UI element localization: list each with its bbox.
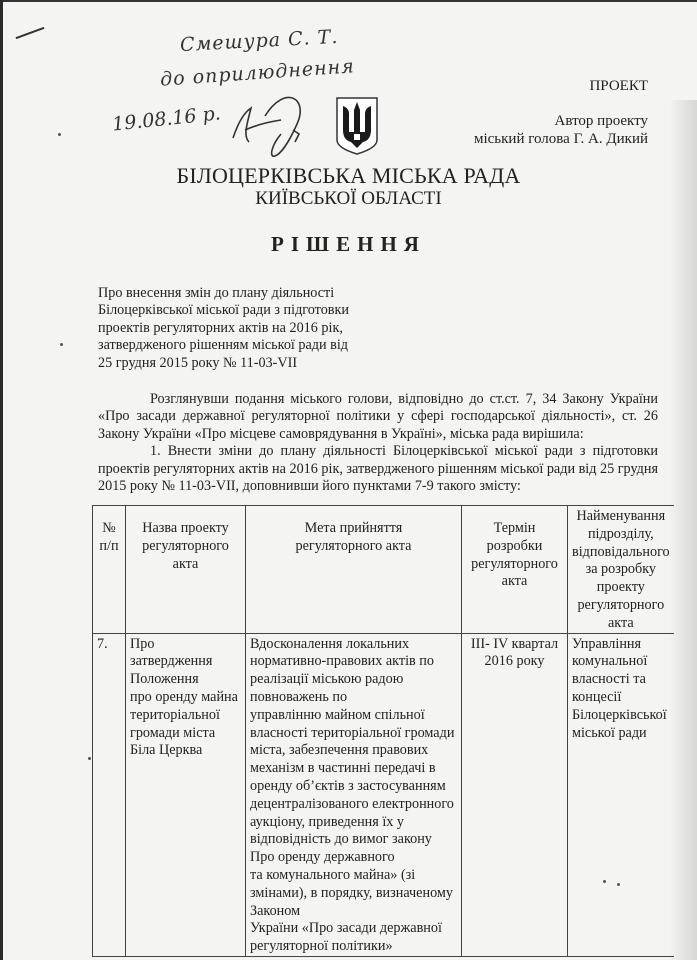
header-purpose: Мета прийняттярегуляторного акта [246, 506, 462, 634]
table-row: 7. ПрозатвердженняПоложенняпро оренду ма… [93, 633, 674, 956]
cell-line: Біла Церква [130, 742, 241, 760]
cell-line: Вдосконалення локальних [250, 636, 457, 654]
cell-line: власності територіальної громади [250, 725, 457, 743]
cell-line: оренду об’єктів з застосуванням [250, 778, 457, 796]
signature-icon [225, 90, 315, 160]
cell-line: та комунального майна» (зі [250, 867, 457, 885]
coat-of-arms-icon [335, 96, 379, 156]
cell-line: регуляторного [572, 597, 670, 615]
cell-line: концесії [572, 689, 670, 707]
cell-line: акта [572, 615, 670, 633]
scan-speck [617, 883, 620, 886]
cell-line: аукціону, приведення їх у [250, 814, 457, 832]
draft-status-label: ПРОЕКТ [589, 78, 648, 95]
cell-line: Про оренду державного [250, 849, 457, 867]
header-number: №п/п [93, 506, 126, 634]
cell-line: управлінню майном спільної [250, 707, 457, 725]
header-responsible: Найменуванняпідрозділу,відповідальногоза… [568, 506, 674, 634]
decision-body: Розглянувши подання міського голови, від… [98, 391, 658, 495]
cell-line: Найменування [572, 508, 670, 526]
cell-line: підрозділу, [572, 526, 670, 544]
header-title: Назва проектурегуляторногоакта [126, 506, 246, 634]
cell-purpose: Вдосконалення локальнихнормативно-правов… [246, 633, 462, 956]
cell-line: про оренду майна [130, 689, 241, 707]
item-1-paragraph: 1. Внести зміни до плану діяльності Біло… [98, 443, 658, 495]
cell-line: нормативно-правових актів по [250, 653, 457, 671]
subject-line: Про внесення змін до плану діяльності [98, 285, 398, 302]
cell-line: відповідність до вимог закону [250, 831, 457, 849]
regulatory-plan-table: №п/п Назва проектурегуляторногоакта Мета… [92, 505, 674, 957]
author-name: міський голова Г. А. Дикий [474, 130, 648, 148]
cell-line: 2016 року [466, 653, 563, 671]
cell-line: за розробку [572, 561, 670, 579]
cell-term: III- IV квартал2016 року [462, 633, 568, 956]
cell-line: Мета прийняття [250, 520, 457, 538]
cell-line: громади міста [130, 725, 241, 743]
cell-responsible: Управліннякомунальноївласності таконцесі… [568, 633, 674, 956]
scan-edge-left [0, 0, 3, 960]
scan-speck [58, 133, 61, 136]
cell-line: міської ради [572, 725, 670, 743]
cell-line: регуляторного акта [250, 538, 457, 556]
subject-line: Білоцерківської міської ради з підготовк… [98, 302, 398, 319]
cell-line: України «Про засади державної [250, 920, 457, 938]
cell-line: регуляторної політики» [250, 938, 457, 956]
cell-line: регуляторного [130, 538, 241, 556]
header-term: Термінрозробкирегуляторногоакта [462, 506, 568, 634]
cell-line: реалізації міською радою [250, 671, 457, 689]
cell-line: акта [466, 573, 563, 591]
cell-line: № [97, 520, 121, 538]
council-name: БІЛОЦЕРКІВСЬКА МІСЬКА РАДА [0, 163, 697, 189]
cell-line: Законом [250, 903, 457, 921]
subject-line: 25 грудня 2015 року № 11-03-VII [98, 355, 398, 372]
scan-edge-top [0, 0, 697, 2]
cell-line: Положення [130, 671, 241, 689]
cell-line: розробки [466, 538, 563, 556]
scan-speck [603, 880, 606, 883]
cell-title: ПрозатвердженняПоложенняпро оренду майна… [126, 633, 246, 956]
cell-line: регуляторного [466, 556, 563, 574]
cell-line: проекту [572, 579, 670, 597]
handwritten-name: Смешура С. Т. [180, 26, 339, 56]
cell-line: затвердження [130, 653, 241, 671]
scan-speck [60, 343, 63, 346]
cell-line: акта [130, 556, 241, 574]
cell-line: п/п [97, 538, 121, 556]
scan-speck [88, 757, 91, 760]
cell-line: власності та [572, 671, 670, 689]
document-type-heading: РІШЕННЯ [0, 232, 697, 257]
cell-line: III- IV квартал [466, 636, 563, 654]
cell-line: Назва проекту [130, 520, 241, 538]
table-header-row: №п/п Назва проектурегуляторногоакта Мета… [93, 506, 674, 634]
cell-line: Термін [466, 520, 563, 538]
cell-line: комунальної [572, 653, 670, 671]
handwritten-date: 19.08.16 р. [111, 102, 222, 135]
cell-line: Білоцерківської [572, 707, 670, 725]
cell-line: територіальної [130, 707, 241, 725]
cell-line: змінами), в порядку, визначеному [250, 885, 457, 903]
cell-line: децентралізованого електронного [250, 796, 457, 814]
handwritten-dash [16, 27, 45, 39]
cell-line: відповідального [572, 544, 670, 562]
handwritten-purpose: до оприлюднення [159, 55, 355, 91]
cell-line: Про [130, 636, 241, 654]
cell-line: механізм в частинні передачі в [250, 760, 457, 778]
cell-line: Управління [572, 636, 670, 654]
author-block: Автор проекту міський голова Г. А. Дикий [474, 112, 648, 148]
council-region: КИЇВСЬКОЇ ОБЛАСТІ [0, 188, 697, 210]
preamble-paragraph: Розглянувши подання міського голови, від… [98, 391, 658, 443]
cell-number: 7. [93, 633, 126, 956]
subject-line: затвердженого рішенням міської ради від [98, 337, 398, 354]
cell-line: повноважень по [250, 689, 457, 707]
author-label: Автор проекту [474, 112, 648, 130]
cell-line: міста, забезпечення правових [250, 742, 457, 760]
subject-line: проектів регуляторних актів на 2016 рік, [98, 320, 398, 337]
decision-subject: Про внесення змін до плану діяльності Бі… [98, 285, 398, 372]
